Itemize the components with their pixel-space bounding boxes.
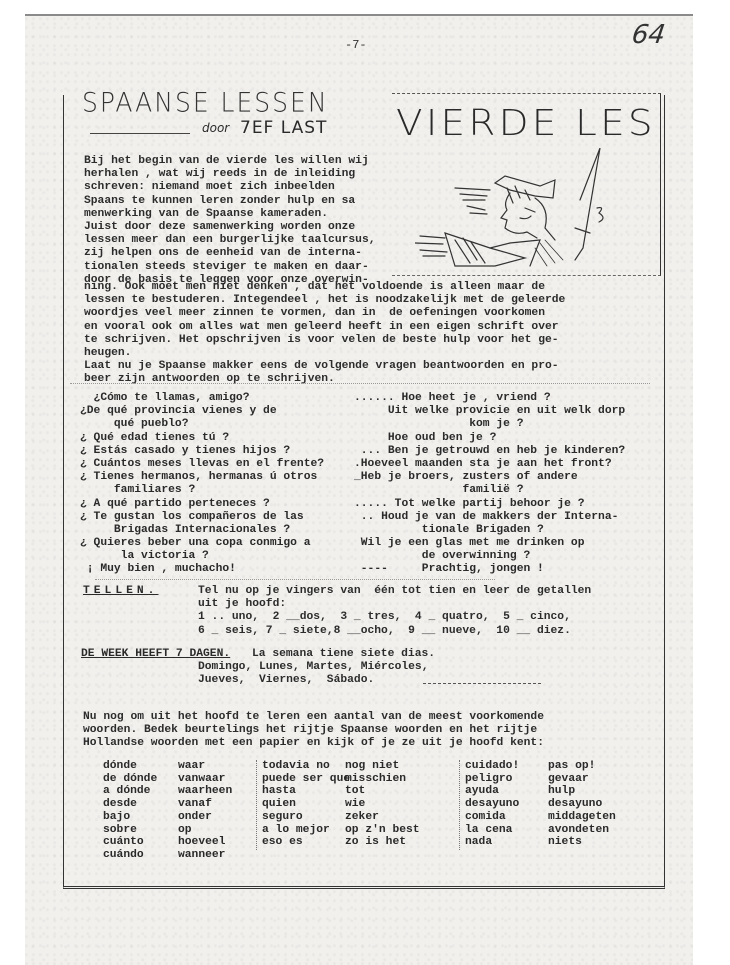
- column-separator: [459, 760, 460, 850]
- spanish-word: a dónde: [103, 785, 157, 798]
- spanish-word: la cena: [465, 824, 519, 837]
- spanish-word: todavia no: [262, 760, 350, 773]
- dutch-word: niets: [548, 836, 616, 849]
- dutch-translation: Hoe oud ben je ?: [354, 432, 496, 444]
- spanish-word: cuidado!: [465, 760, 519, 773]
- spanish-word: ayuda: [465, 785, 519, 798]
- spanish-word: sobre: [103, 824, 157, 837]
- spanish-word: cuándo: [103, 849, 157, 862]
- dutch-word: onder: [178, 811, 232, 824]
- spanish-word: dónde: [103, 760, 157, 773]
- dutch-word: waarheen: [178, 785, 232, 798]
- dutch-translation: familië ?: [354, 484, 523, 496]
- spanish-question: ¿ Cuántos meses llevas en el frente?: [80, 458, 324, 470]
- byline-prefix: door: [202, 121, 229, 135]
- spanish-question: Brigadas Internacionales ?: [80, 524, 290, 536]
- dutch-translation: Uit welke provicie en uit welk dorp: [354, 405, 625, 417]
- author-name: 7EF LAST: [240, 118, 327, 138]
- intro-line: te schrijven. Het opschrijven is voor ve…: [84, 334, 565, 347]
- spanish-word: hasta: [262, 785, 350, 798]
- spanish-question: ¿ Tienes hermanos, hermanas ú otros: [80, 471, 317, 483]
- dutch-word: hulp: [548, 785, 616, 798]
- handwritten-page-number: 64: [630, 20, 667, 50]
- intro-line: zij helpen ons de eenheid van de interna…: [84, 247, 376, 260]
- dutch-translation: _Heb je broers, zusters of andere: [354, 471, 578, 483]
- question-row: Brigadas Internacionales ? tionale Briga…: [80, 524, 660, 537]
- question-row: ¿Cómo te llamas, amigo?...... Hoe heet j…: [80, 392, 660, 405]
- intro-line: menwerking van de Spaanse kameraden.: [84, 208, 376, 221]
- spanish-question: ¿ Te gustan los compañeros de las: [80, 511, 304, 523]
- byline-rule: [90, 133, 190, 134]
- spanish-word-column: cuidado!peligroayudadesayunocomidala cen…: [465, 760, 519, 849]
- spanish-question: familiares ?: [80, 484, 195, 496]
- intro-paragraph-wide: ning. Ook moet men niet denken , dat het…: [84, 281, 565, 387]
- question-row: ¿De qué provincia vienes y de Uit welke …: [80, 405, 660, 418]
- dutch-translation: ...... Hoe heet je , vriend ?: [354, 392, 551, 404]
- spanish-word: bajo: [103, 811, 157, 824]
- series-title: SPAANSE LESSEN: [82, 87, 329, 117]
- page-number: -7-: [345, 38, 367, 52]
- week-sentence: La semana tiene siete dias.: [252, 648, 435, 661]
- section-divider: [70, 383, 650, 384]
- vocabulary-intro-line: Nu nog om uit het hoofd te leren een aan…: [83, 711, 544, 724]
- dutch-word: op z'n best: [345, 824, 420, 837]
- question-row: ¿ A qué partido perteneces ?..... Tot we…: [80, 498, 660, 511]
- vocabulary-intro: Nu nog om uit het hoofd te leren een aan…: [83, 711, 544, 751]
- intro-line: Laat nu je Spaanse makker eens de volgen…: [84, 360, 565, 373]
- spanish-word-column: dóndede dóndea dóndedesdebajosobrecuánto…: [103, 760, 157, 862]
- dutch-word: zeker: [345, 811, 420, 824]
- intro-line: schreven: niemand moet zich inbeelden: [84, 181, 376, 194]
- intro-line: tionalen steeds steviger te maken en daa…: [84, 261, 376, 274]
- dutch-word: hoeveel: [178, 836, 232, 849]
- intro-line: lessen te bestuderen. Integendeel , het …: [84, 294, 565, 307]
- intro-line: Juist door deze samenwerking worden onze: [84, 221, 376, 234]
- spanish-word: eso es: [262, 836, 350, 849]
- dutch-translation: de overwinning ?: [354, 550, 530, 562]
- intro-line: lessen meer dan een burgerlijke taalcurs…: [84, 234, 376, 247]
- weekday-line: Domingo, Lunes, Martes, Miércoles,: [198, 661, 429, 674]
- dutch-word: vanwaar: [178, 773, 232, 786]
- question-row: ¿ Estás casado y tienes hijos ? ... Ben …: [80, 445, 660, 458]
- spanish-question: ¡ Muy bien , muchacho!: [80, 563, 236, 575]
- week-heading: DE WEEK HEEFT 7 DAGEN.: [81, 648, 230, 660]
- dutch-word: vanaf: [178, 798, 232, 811]
- dutch-word: desayuno: [548, 798, 616, 811]
- dutch-translation: ... Ben je getrouwd en heb je kinderen?: [354, 445, 625, 457]
- spanish-question: ¿Cómo te llamas, amigo?: [80, 392, 249, 404]
- intro-line: Spaans te kunnen leren zonder hulp en sa: [84, 195, 376, 208]
- vocabulary-intro-line: woorden. Bedek beurtelings het rijtje Sp…: [83, 724, 544, 737]
- intro-line: en vooral ook om alles wat men geleerd h…: [84, 321, 565, 334]
- intro-line: ning. Ook moet men niet denken , dat het…: [84, 281, 565, 294]
- question-row: ¿ Qué edad tienes tú ? Hoe oud ben je ?: [80, 432, 660, 445]
- dutch-translation: ..... Tot welke partij behoor je ?: [354, 498, 585, 510]
- dutch-word: wanneer: [178, 849, 232, 862]
- dutch-word-column: pas op!gevaarhulpdesayunomiddagetenavond…: [548, 760, 616, 849]
- dutch-word: misschien: [345, 773, 420, 786]
- dutch-word-column: nog nietmisschientotwiezekerop z'n bestz…: [345, 760, 420, 849]
- spanish-question: ¿ Qué edad tienes tú ?: [80, 432, 229, 444]
- tellen-line: 6 _ seis, 7 _ siete,8 __ocho, 9 __ nueve…: [198, 625, 591, 638]
- intro-line: Bij het begin van de vierde les willen w…: [84, 155, 376, 168]
- spanish-word: desde: [103, 798, 157, 811]
- dutch-word: tot: [345, 785, 420, 798]
- dutch-translation: tionale Brigaden ?: [354, 524, 544, 536]
- days-rule: [423, 683, 541, 684]
- soldier-illustration-icon: [415, 148, 640, 268]
- tellen-line: 1 .. uno, 2 __dos, 3 _ tres, 4 _ quatro,…: [198, 611, 591, 624]
- vocabulary-intro-line: Hollandse woorden met een papier en kijk…: [83, 737, 544, 750]
- question-row: ¿ Quieres beber una copa conmigo a Wil j…: [80, 537, 660, 550]
- spanish-question: ¿De qué provincia vienes y de: [80, 405, 277, 417]
- tellen-line: Tel nu op je vingers van één tot tien en…: [198, 585, 591, 598]
- dutch-word: nog niet: [345, 760, 420, 773]
- intro-line: heugen.: [84, 347, 565, 360]
- dutch-translation: .Hoeveel maanden sta je aan het front?: [354, 458, 612, 470]
- tellen-text: Tel nu op je vingers van één tot tien en…: [198, 585, 591, 638]
- spanish-word: peligro: [465, 773, 519, 786]
- spanish-word: de dónde: [103, 773, 157, 786]
- tellen-heading: TELLEN.: [83, 585, 158, 597]
- intro-line: beer zijn antwoorden op te schrijven.: [84, 373, 565, 386]
- question-row: ¡ Muy bien , muchacho! ---- Prachtig, jo…: [80, 563, 660, 576]
- spanish-question: ¿ Quieres beber una copa conmigo a: [80, 537, 311, 549]
- dutch-word: pas op!: [548, 760, 616, 773]
- dutch-translation: .. Houd je van de makkers der Interna-: [354, 511, 618, 523]
- question-row: ¿ Te gustan los compañeros de las .. Hou…: [80, 511, 660, 524]
- intro-paragraph-narrow: Bij het begin van de vierde les willen w…: [84, 155, 376, 287]
- spanish-word: puede ser que: [262, 773, 350, 786]
- dutch-word: wie: [345, 798, 420, 811]
- spanish-word: quien: [262, 798, 350, 811]
- spanish-question: ¿ Estás casado y tienes hijos ?: [80, 445, 290, 457]
- spanish-word: seguro: [262, 811, 350, 824]
- intro-line: herhalen , wat wij reeds in de inleiding: [84, 168, 376, 181]
- question-row: ¿ Tienes hermanos, hermanas ú otros_Heb …: [80, 471, 660, 484]
- dutch-translation: Wil je een glas met me drinken op: [354, 537, 585, 549]
- dutch-word-column: waarvanwaarwaarheenvanafonderophoeveelwa…: [178, 760, 232, 862]
- spanish-word-column: todavia nopuede ser quehastaquienseguroa…: [262, 760, 350, 849]
- spanish-word: a lo mejor: [262, 824, 350, 837]
- weekday-line: Jueves, Viernes, Sábado.: [198, 674, 429, 687]
- question-row: ¿ Cuántos meses llevas en el frente?.Hoe…: [80, 458, 660, 471]
- tellen-line: uit je hoofd:: [198, 598, 591, 611]
- dutch-word: avondeten: [548, 824, 616, 837]
- spanish-question: la victoria ?: [80, 550, 209, 562]
- question-row: familiares ? familië ?: [80, 484, 660, 497]
- dutch-word: middageten: [548, 811, 616, 824]
- question-answer-list: ¿Cómo te llamas, amigo?...... Hoe heet j…: [80, 392, 660, 577]
- dutch-translation: ---- Prachtig, jongen !: [354, 563, 544, 575]
- dutch-word: zo is het: [345, 836, 420, 849]
- spanish-question: qué pueblo?: [80, 418, 188, 430]
- spanish-word: cuánto: [103, 836, 157, 849]
- question-row: la victoria ? de overwinning ?: [80, 550, 660, 563]
- spanish-word: desayuno: [465, 798, 519, 811]
- dutch-translation: kom je ?: [354, 418, 523, 430]
- column-separator: [256, 760, 257, 850]
- week-days: Domingo, Lunes, Martes, Miércoles,Jueves…: [198, 661, 429, 687]
- dutch-word: op: [178, 824, 232, 837]
- section-divider: [95, 579, 495, 580]
- dutch-word: gevaar: [548, 773, 616, 786]
- question-row: qué pueblo? kom je ?: [80, 418, 660, 431]
- spanish-word: nada: [465, 836, 519, 849]
- spanish-word: comida: [465, 811, 519, 824]
- lesson-title: VIERDE LES: [396, 103, 656, 144]
- intro-line: woordjes veel meer zinnen te vormen, dan…: [84, 307, 565, 320]
- spanish-question: ¿ A qué partido perteneces ?: [80, 498, 270, 510]
- dutch-word: waar: [178, 760, 232, 773]
